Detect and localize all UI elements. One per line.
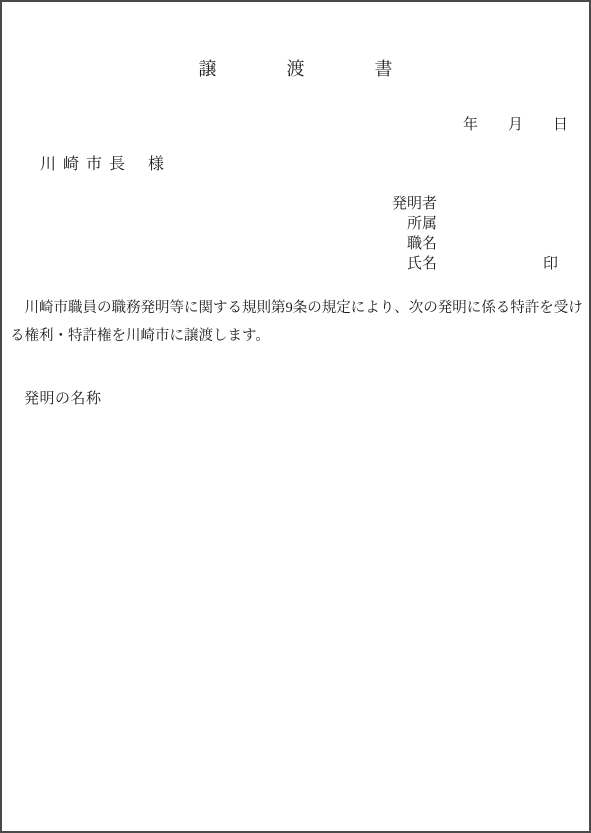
inventor-heading: 発明者	[392, 194, 558, 214]
body-line: 川崎市職員の職務発明等に関する規則第9条の規定により、次の発明に係る特許を受け	[10, 294, 585, 322]
assignment-document-page: 譲 渡 書 年 月 日 川崎市長 様 発明者 所属 職名 氏名印 川崎市職員の職…	[0, 0, 591, 833]
title-char: 書	[375, 59, 393, 79]
invention-title-label: 発明の名称	[24, 390, 102, 408]
position-label: 職名	[392, 234, 558, 254]
year-label: 年	[463, 116, 478, 134]
addressee-line: 川崎市長 様	[40, 155, 164, 174]
title-char: 譲	[199, 59, 217, 79]
name-row: 氏名印	[392, 254, 558, 274]
title-char: 渡	[287, 59, 305, 79]
inventor-block: 発明者 所属 職名 氏名印	[392, 194, 558, 274]
addressee-name: 川崎市長	[40, 155, 132, 174]
document-title: 譲 渡 書	[2, 59, 589, 79]
body-paragraph: 川崎市職員の職務発明等に関する規則第9条の規定により、次の発明に係る特許を受け …	[10, 294, 585, 350]
month-label: 月	[508, 116, 523, 134]
day-label: 日	[553, 116, 568, 134]
date-line: 年 月 日	[463, 116, 568, 134]
addressee-honorific: 様	[148, 155, 164, 174]
affiliation-label: 所属	[392, 214, 558, 234]
name-label: 氏名	[407, 256, 437, 272]
seal-label: 印	[543, 254, 558, 274]
body-line: る権利・特許権を川崎市に譲渡します。	[10, 322, 585, 350]
